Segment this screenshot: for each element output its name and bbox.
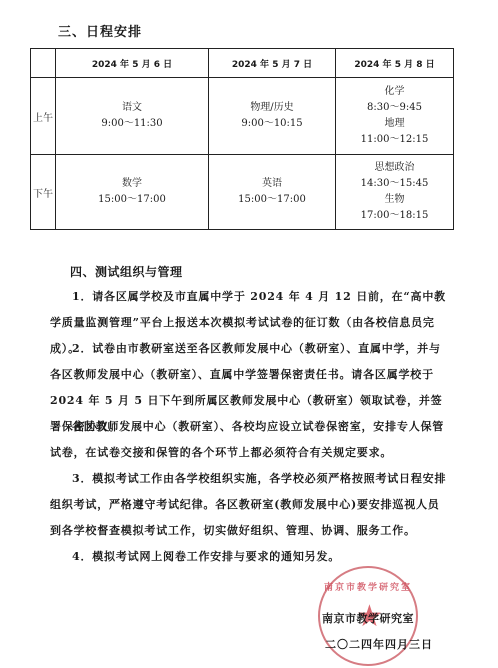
header-day-2: 2024 年 5 月 7 日 [209,49,336,78]
subject: 思想政治 [336,160,453,176]
subject: 物理/历史 [209,100,335,116]
subject: 语文 [56,100,208,116]
seal-text: 南京市教学研究室 [320,580,416,593]
time-range: 9:00～10:15 [209,116,335,132]
time-range: 15:00～17:00 [209,192,335,208]
schedule-cell: 数学 15:00～17:00 [56,155,209,230]
schedule-cell: 思想政治 14:30～15:45 生物 17:00～18:15 [336,155,454,230]
time-range: 17:00～18:15 [336,208,453,224]
schedule-table: 2024 年 5 月 6 日 2024 年 5 月 7 日 2024 年 5 月… [30,48,454,230]
schedule-row-morning: 上午 语文 9:00～11:30 物理/历史 9:00～10:15 化学 8:3… [31,78,454,155]
subject: 数学 [56,176,208,192]
time-range: 9:00～11:30 [56,116,208,132]
section-3-title: 三、日程安排 [58,21,142,40]
header-blank [31,49,56,78]
period-label: 上午 [31,78,56,155]
subject: 生物 [336,192,453,208]
header-day-1: 2024 年 5 月 6 日 [56,49,209,78]
header-day-3: 2024 年 5 月 8 日 [336,49,454,78]
subject: 地理 [336,116,453,132]
time-range: 14:30～15:45 [336,176,453,192]
time-range: 15:00～17:00 [56,192,208,208]
schedule-cell: 英语 15:00～17:00 [209,155,336,230]
paragraph-4: 4．模拟考试网上阅卷工作安排与要求的通知另发。 [50,544,450,570]
issuing-organization: 南京市教学研究室 [322,610,414,626]
subject: 化学 [336,84,453,100]
time-range: 11:00～12:15 [336,132,453,148]
subject: 英语 [209,176,335,192]
schedule-cell: 物理/历史 9:00～10:15 [209,78,336,155]
schedule-header-row: 2024 年 5 月 6 日 2024 年 5 月 7 日 2024 年 5 月… [31,49,454,78]
schedule-row-afternoon: 下午 数学 15:00～17:00 英语 15:00～17:00 思想政治 14… [31,155,454,230]
schedule-cell: 化学 8:30～9:45 地理 11:00～12:15 [336,78,454,155]
paragraph-2b: 各区教师发展中心（教研室）、各校均应设立试卷保密室，安排专人保管试卷，在试卷交接… [50,414,450,466]
schedule-cell: 语文 9:00～11:30 [56,78,209,155]
paragraph-3: 3．模拟考试工作由各学校组织实施，各学校必须严格按照考试日程安排组织考试，严格遵… [50,466,450,544]
time-range: 8:30～9:45 [336,100,453,116]
issue-date: 二〇二四年四月三日 [325,636,433,652]
period-label: 下午 [31,155,56,230]
section-4-title: 四、测试组织与管理 [70,263,183,280]
